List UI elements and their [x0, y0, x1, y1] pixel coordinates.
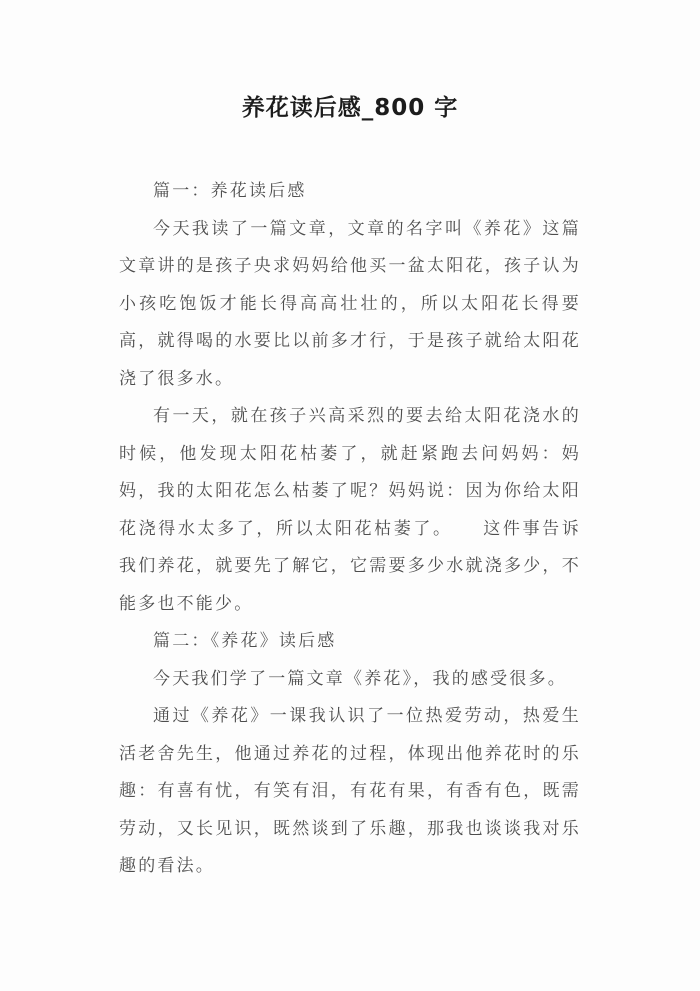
section-1-paragraph-2: 有一天，就在孩子兴高采烈的要去给太阳花浇水的时候，他发现太阳花枯萎了，就赶紧跑去… — [119, 398, 581, 623]
document-body: 篇一：养花读后感 今天我读了一篇文章，文章的名字叫《养花》这篇文章讲的是孩子央求… — [119, 173, 581, 886]
section-1-paragraph-1: 今天我读了一篇文章，文章的名字叫《养花》这篇文章讲的是孩子央求妈妈给他买一盆太阳… — [119, 211, 581, 399]
section-2-paragraph-2: 通过《养花》一课我认识了一位热爱劳动，热爱生活老舍先生，他通过养花的过程，体现出… — [119, 698, 581, 886]
section-2-heading: 篇二：《养花》读后感 — [119, 623, 581, 661]
section-2-paragraph-1: 今天我们学了一篇文章《养花》，我的感受很多。 — [119, 661, 581, 699]
document-title: 养花读后感_800 字 — [0, 0, 700, 123]
document-page: 养花读后感_800 字 篇一：养花读后感 今天我读了一篇文章，文章的名字叫《养花… — [0, 0, 700, 991]
section-1-heading: 篇一：养花读后感 — [119, 173, 581, 211]
